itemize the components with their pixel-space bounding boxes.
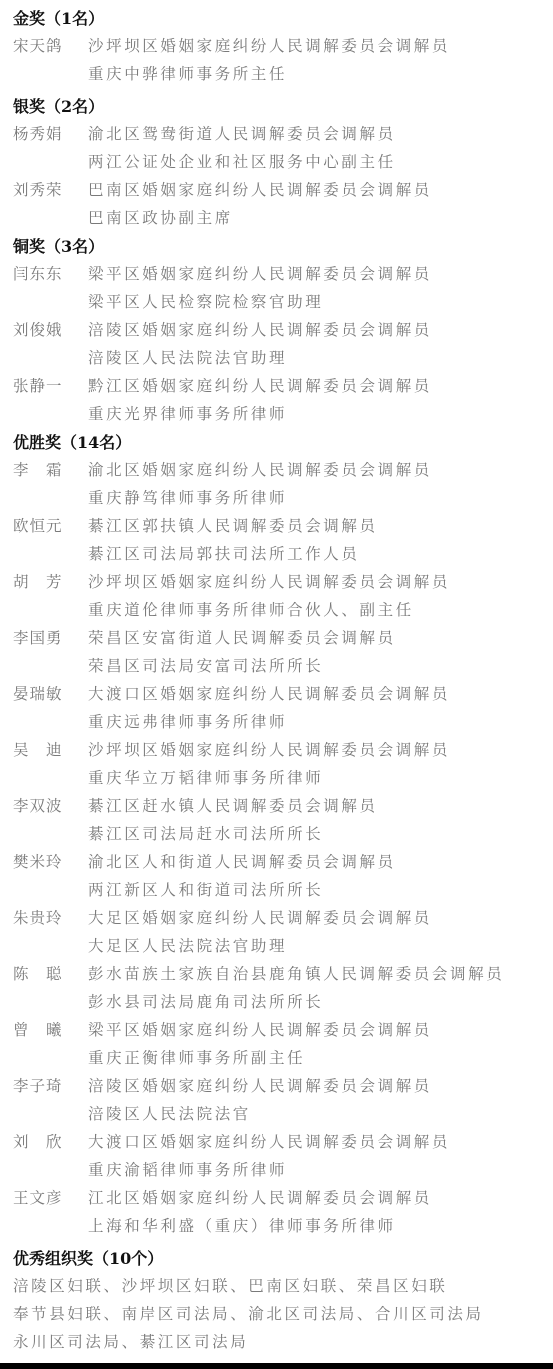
- entry-position: 大足区人民法院法官助理: [88, 932, 553, 960]
- entry-position: 彭水县司法局鹿角司法所所长: [88, 988, 553, 1016]
- section-title-silver: 银奖（2名）: [13, 94, 553, 120]
- bottom-border-bar: [0, 1363, 553, 1369]
- entry-position: 重庆静笃律师事务所律师: [88, 484, 553, 512]
- organization-list-line: 涪陵区妇联、沙坪坝区妇联、巴南区妇联、荣昌区妇联: [13, 1272, 553, 1300]
- entry: 王文彦 江北区婚姻家庭纠纷人民调解委员会调解员 上海和华利盛（重庆）律师事务所律…: [13, 1184, 553, 1240]
- entry-position: 江北区婚姻家庭纠纷人民调解委员会调解员: [88, 1184, 553, 1212]
- entry: 朱贵玲 大足区婚姻家庭纠纷人民调解委员会调解员 大足区人民法院法官助理: [13, 904, 553, 960]
- entry-position: 两江公证处企业和社区服务中心副主任: [88, 148, 553, 176]
- entry: 李双波 綦江区赶水镇人民调解委员会调解员 綦江区司法局赶水司法所所长: [13, 792, 553, 848]
- entry: 胡 芳 沙坪坝区婚姻家庭纠纷人民调解委员会调解员 重庆道伦律师事务所律师合伙人、…: [13, 568, 553, 624]
- section-title-organization: 优秀组织奖（10个）: [13, 1246, 553, 1272]
- entry: 陈 聪 彭水苗族土家族自治县鹿角镇人民调解委员会调解员 彭水县司法局鹿角司法所所…: [13, 960, 553, 1016]
- entry-position: 綦江区郭扶镇人民调解委员会调解员: [88, 512, 553, 540]
- entry-position: 重庆华立万韬律师事务所律师: [88, 764, 553, 792]
- entry-name: 王文彦: [13, 1184, 88, 1240]
- section-silver: 银奖（2名） 杨秀娟 渝北区鸳鸯街道人民调解委员会调解员 两江公证处企业和社区服…: [13, 94, 553, 232]
- entry-name: 刘俊娥: [13, 316, 88, 372]
- section-organization-award: 优秀组织奖（10个） 涪陵区妇联、沙坪坝区妇联、巴南区妇联、荣昌区妇联 奉节县妇…: [13, 1246, 553, 1356]
- entry-position: 重庆渝韬律师事务所律师: [88, 1156, 553, 1184]
- entry-position: 渝北区鸳鸯街道人民调解委员会调解员: [88, 120, 553, 148]
- entry-position: 涪陵区婚姻家庭纠纷人民调解委员会调解员: [88, 1072, 553, 1100]
- entry-position: 重庆光界律师事务所律师: [88, 400, 553, 428]
- entry-name: 朱贵玲: [13, 904, 88, 960]
- entry: 晏瑞敏 大渡口区婚姻家庭纠纷人民调解委员会调解员 重庆远弗律师事务所律师: [13, 680, 553, 736]
- entry: 欧恒元 綦江区郭扶镇人民调解委员会调解员 綦江区司法局郭扶司法所工作人员: [13, 512, 553, 568]
- entry-position: 上海和华利盛（重庆）律师事务所律师: [88, 1212, 553, 1240]
- entry-position: 重庆中骅律师事务所主任: [88, 60, 553, 88]
- organization-list-line: 奉节县妇联、南岸区司法局、渝北区司法局、合川区司法局: [13, 1300, 553, 1328]
- entry-position: 渝北区人和街道人民调解委员会调解员: [88, 848, 553, 876]
- entry-name: 刘 欣: [13, 1128, 88, 1184]
- entry-position: 大足区婚姻家庭纠纷人民调解委员会调解员: [88, 904, 553, 932]
- entry-name: 李国勇: [13, 624, 88, 680]
- entry-name: 吴 迪: [13, 736, 88, 792]
- entry-position: 梁平区婚姻家庭纠纷人民调解委员会调解员: [88, 1016, 553, 1044]
- entry-position: 巴南区政协副主席: [88, 204, 553, 232]
- entry-position: 沙坪坝区婚姻家庭纠纷人民调解委员会调解员: [88, 568, 553, 596]
- entry: 李子琦 涪陵区婚姻家庭纠纷人民调解委员会调解员 涪陵区人民法院法官: [13, 1072, 553, 1128]
- entry-position: 重庆远弗律师事务所律师: [88, 708, 553, 736]
- section-gold: 金奖（1名） 宋天鸽 沙坪坝区婚姻家庭纠纷人民调解委员会调解员 重庆中骅律师事务…: [13, 6, 553, 88]
- entry-position: 重庆正衡律师事务所副主任: [88, 1044, 553, 1072]
- section-title-gold: 金奖（1名）: [13, 6, 553, 32]
- entry: 张静一 黔江区婚姻家庭纠纷人民调解委员会调解员 重庆光界律师事务所律师: [13, 372, 553, 428]
- entry-name: 刘秀荣: [13, 176, 88, 232]
- entry-position: 梁平区婚姻家庭纠纷人民调解委员会调解员: [88, 260, 553, 288]
- entry-name: 胡 芳: [13, 568, 88, 624]
- entry-position: 大渡口区婚姻家庭纠纷人民调解委员会调解员: [88, 680, 553, 708]
- entry-position: 重庆道伦律师事务所律师合伙人、副主任: [88, 596, 553, 624]
- entry-position: 涪陵区人民法院法官助理: [88, 344, 553, 372]
- entry-position: 荣昌区司法局安富司法所所长: [88, 652, 553, 680]
- entry-position: 荣昌区安富街道人民调解委员会调解员: [88, 624, 553, 652]
- entry-name: 李子琦: [13, 1072, 88, 1128]
- entry-position: 两江新区人和街道司法所所长: [88, 876, 553, 904]
- section-excellence: 优胜奖（14名） 李 霜 渝北区婚姻家庭纠纷人民调解委员会调解员 重庆静笃律师事…: [13, 430, 553, 1240]
- entry: 闫东东 梁平区婚姻家庭纠纷人民调解委员会调解员 梁平区人民检察院检察官助理: [13, 260, 553, 316]
- entry-position: 綦江区司法局郭扶司法所工作人员: [88, 540, 553, 568]
- entry-name: 宋天鸽: [13, 32, 88, 88]
- entry-name: 张静一: [13, 372, 88, 428]
- entry-name: 李 霜: [13, 456, 88, 512]
- entry-name: 杨秀娟: [13, 120, 88, 176]
- entry-position: 渝北区婚姻家庭纠纷人民调解委员会调解员: [88, 456, 553, 484]
- entry-position: 綦江区赶水镇人民调解委员会调解员: [88, 792, 553, 820]
- entry: 刘 欣 大渡口区婚姻家庭纠纷人民调解委员会调解员 重庆渝韬律师事务所律师: [13, 1128, 553, 1184]
- entry-name: 李双波: [13, 792, 88, 848]
- entry-position: 綦江区司法局赶水司法所所长: [88, 820, 553, 848]
- section-bronze: 铜奖（3名） 闫东东 梁平区婚姻家庭纠纷人民调解委员会调解员 梁平区人民检察院检…: [13, 234, 553, 428]
- entry-position: 涪陵区婚姻家庭纠纷人民调解委员会调解员: [88, 316, 553, 344]
- entry: 曾 曦 梁平区婚姻家庭纠纷人民调解委员会调解员 重庆正衡律师事务所副主任: [13, 1016, 553, 1072]
- entry: 李 霜 渝北区婚姻家庭纠纷人民调解委员会调解员 重庆静笃律师事务所律师: [13, 456, 553, 512]
- entry-name: 樊米玲: [13, 848, 88, 904]
- section-title-bronze: 铜奖（3名）: [13, 234, 553, 260]
- entry-position: 沙坪坝区婚姻家庭纠纷人民调解委员会调解员: [88, 32, 553, 60]
- entry-position: 沙坪坝区婚姻家庭纠纷人民调解委员会调解员: [88, 736, 553, 764]
- entry: 吴 迪 沙坪坝区婚姻家庭纠纷人民调解委员会调解员 重庆华立万韬律师事务所律师: [13, 736, 553, 792]
- entry-position: 梁平区人民检察院检察官助理: [88, 288, 553, 316]
- entry: 杨秀娟 渝北区鸳鸯街道人民调解委员会调解员 两江公证处企业和社区服务中心副主任: [13, 120, 553, 176]
- entry-position: 大渡口区婚姻家庭纠纷人民调解委员会调解员: [88, 1128, 553, 1156]
- entry: 宋天鸽 沙坪坝区婚姻家庭纠纷人民调解委员会调解员 重庆中骅律师事务所主任: [13, 32, 553, 88]
- organization-list-line: 永川区司法局、綦江区司法局: [13, 1328, 553, 1356]
- entry: 刘俊娥 涪陵区婚姻家庭纠纷人民调解委员会调解员 涪陵区人民法院法官助理: [13, 316, 553, 372]
- entry: 李国勇 荣昌区安富街道人民调解委员会调解员 荣昌区司法局安富司法所所长: [13, 624, 553, 680]
- award-list-document: 金奖（1名） 宋天鸽 沙坪坝区婚姻家庭纠纷人民调解委员会调解员 重庆中骅律师事务…: [13, 4, 553, 1356]
- entry-name: 曾 曦: [13, 1016, 88, 1072]
- section-title-excellence: 优胜奖（14名）: [13, 430, 553, 456]
- entry-position: 涪陵区人民法院法官: [88, 1100, 553, 1128]
- entry-position: 巴南区婚姻家庭纠纷人民调解委员会调解员: [88, 176, 553, 204]
- entry-position: 黔江区婚姻家庭纠纷人民调解委员会调解员: [88, 372, 553, 400]
- entry-name: 陈 聪: [13, 960, 88, 1016]
- entry: 刘秀荣 巴南区婚姻家庭纠纷人民调解委员会调解员 巴南区政协副主席: [13, 176, 553, 232]
- entry-name: 欧恒元: [13, 512, 88, 568]
- entry-name: 闫东东: [13, 260, 88, 316]
- entry-position: 彭水苗族土家族自治县鹿角镇人民调解委员会调解员: [88, 960, 553, 988]
- entry-name: 晏瑞敏: [13, 680, 88, 736]
- entry: 樊米玲 渝北区人和街道人民调解委员会调解员 两江新区人和街道司法所所长: [13, 848, 553, 904]
